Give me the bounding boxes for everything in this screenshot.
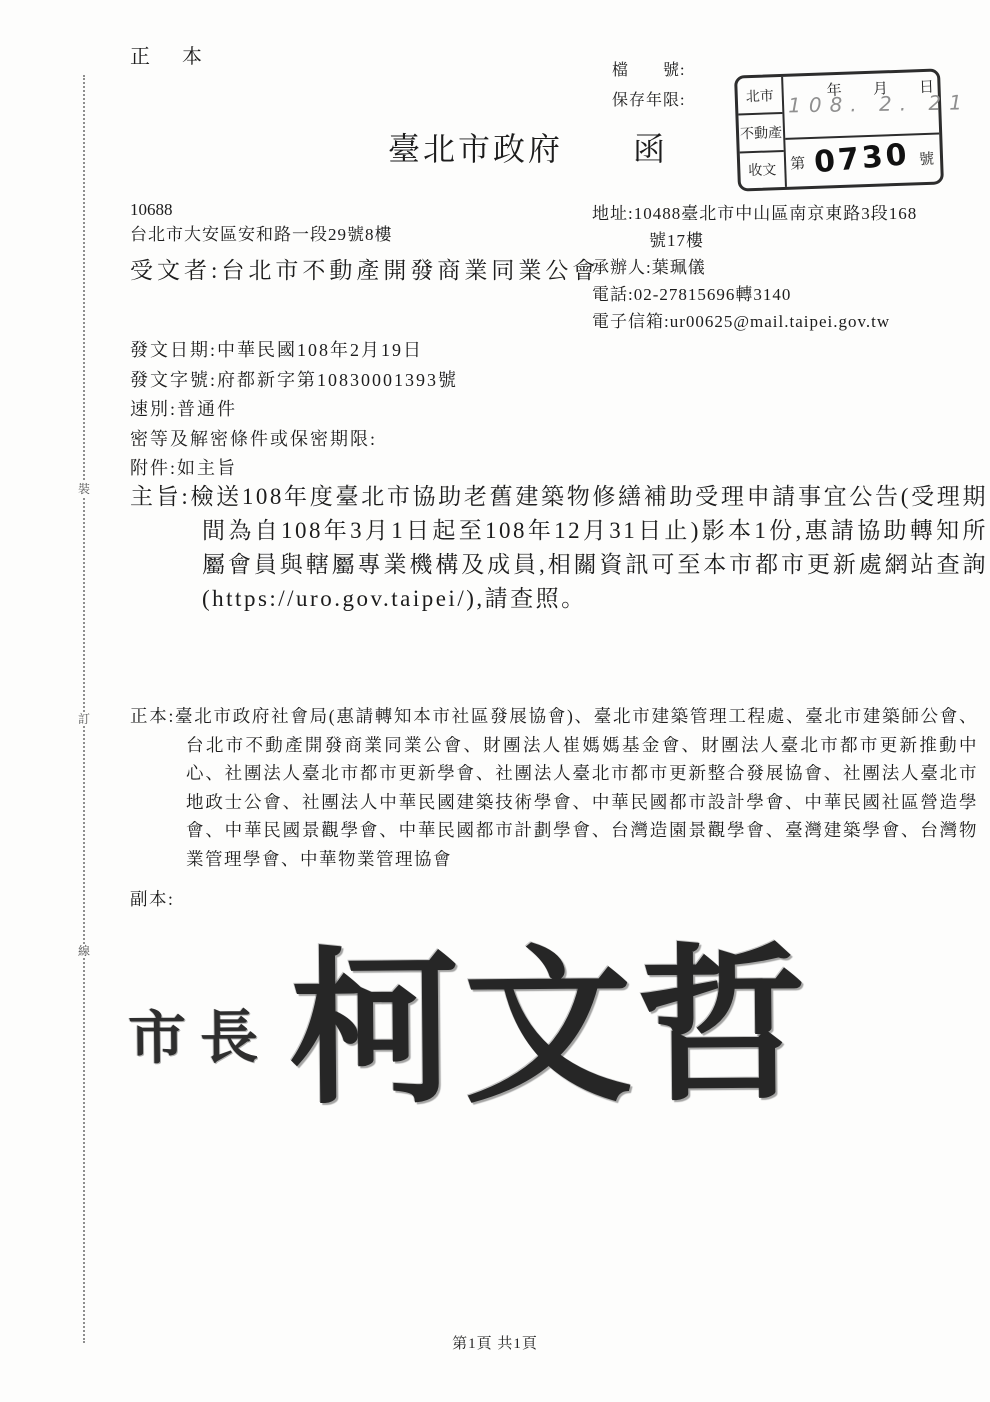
stamp-number-prefix: 第 (790, 152, 806, 174)
mayor-signature-stamp: 市長 柯文哲 (127, 917, 849, 1143)
recipient-zip: 10688 (130, 198, 600, 222)
recipient-name: 台北市不動產開發商業同業公會 (221, 258, 599, 283)
stamp-date-row: 年 月 日 108. 2. 21 (783, 72, 939, 140)
document-meta-block: 發文日期:中華民國108年2月19日 發文字號:府都新字第10830001393… (130, 336, 650, 484)
stamp-handwritten-number: 0730 (804, 136, 921, 181)
doc-number-line: 發文字號:府都新字第10830001393號 (130, 366, 650, 396)
sender-address: 地址:10488臺北市中山區南京東路3段168號17樓 (592, 200, 928, 254)
sender-info-block: 地址:10488臺北市中山區南京東路3段168號17樓 承辦人:葉珮儀 電話:0… (592, 200, 928, 335)
sender-phone: 電話:02-27815696轉3140 (592, 281, 928, 308)
sender-contact-person: 承辦人:葉珮儀 (592, 254, 928, 281)
copy-type-label: 正 本 (130, 40, 208, 69)
recipient-address: 台北市大安區安和路一段29號8樓 (130, 222, 600, 248)
stamp-org-line2: 不動產 (738, 112, 783, 151)
document-title: 臺北市政府 函 (388, 124, 668, 170)
binding-mark-xian: 線 (74, 944, 94, 958)
page-number-footer: 第1頁 共1頁 (0, 1332, 990, 1353)
receipt-stamp-org: 北市 不動產 收文 (737, 77, 787, 189)
scanned-official-letter: 裝 訂 線 正 本 檔 號: 保存年限: 北市 不動產 收文 年 月 日 108… (0, 0, 990, 1402)
stamp-org-line3: 收文 (740, 150, 785, 189)
file-number-label: 檔 號: (612, 56, 685, 86)
receipt-stamp: 北市 不動產 收文 年 月 日 108. 2. 21 第 0730 號 (734, 68, 944, 191)
binding-mark-ding: 訂 (74, 712, 94, 726)
retention-period-label: 保存年限: (612, 86, 685, 116)
original-copies-list: 正本:臺北市政府社會局(惠請轉知本市社區發展協會)、臺北市建築管理工程處、臺北市… (130, 702, 978, 873)
stamp-handwritten-date: 108. 2. 21 (788, 91, 942, 118)
recipient-line: 受文者:台北市不動產開發商業同業公會 (130, 252, 600, 289)
file-labels: 檔 號: 保存年限: (612, 56, 685, 116)
stamp-number-row: 第 0730 號 (785, 135, 941, 187)
stamp-number-suffix: 號 (919, 148, 935, 170)
issue-date-line: 發文日期:中華民國108年2月19日 (130, 336, 650, 366)
recipient-block: 10688 台北市大安區安和路一段29號8樓 受文者:台北市不動產開發商業同業公… (130, 198, 600, 289)
sender-email: 電子信箱:ur00625@mail.taipei.gov.tw (592, 308, 928, 335)
stamp-org-line1: 北市 (737, 77, 782, 114)
binding-dotted-line (83, 75, 85, 1343)
receipt-stamp-fields: 年 月 日 108. 2. 21 第 0730 號 (783, 72, 941, 187)
priority-line: 速別:普通件 (130, 395, 650, 425)
cc-copies-label: 副本: (130, 886, 174, 911)
mayor-name: 柯文哲 (289, 943, 812, 1116)
subject-paragraph: 主旨:檢送108年度臺北市協助老舊建築物修繕補助受理申請事宜公告(受理期間為自1… (130, 480, 988, 616)
recipient-label: 受文者: (130, 258, 221, 283)
mayor-title: 市長 (128, 990, 273, 1075)
security-line: 密等及解密條件或保密期限: (130, 425, 650, 455)
binding-mark-zhuang: 裝 (74, 482, 94, 496)
